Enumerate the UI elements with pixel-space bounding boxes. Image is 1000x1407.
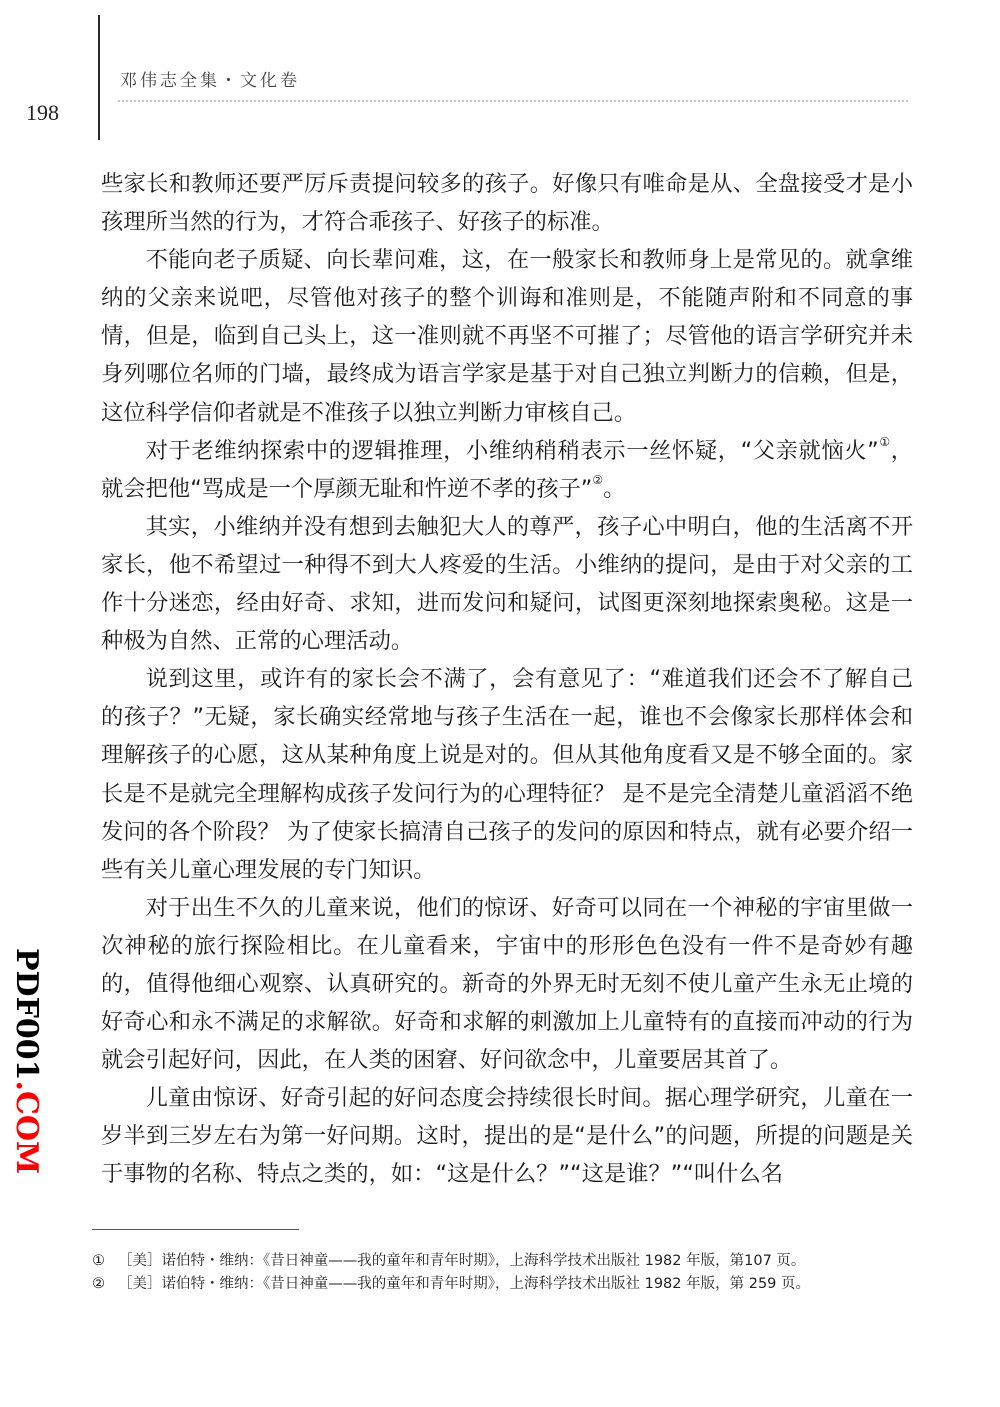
- paragraph: 对于老维纳探索中的逻辑推理，小维纳稍稍表示一丝怀疑，“父亲就恼火”①，就会把他“…: [101, 432, 913, 508]
- header-vertical-rule: [98, 15, 100, 140]
- paragraph: 说到这里，或许有的家长会不满了，会有意见了：“难道我们还会不了解自己的孩子？”无…: [101, 660, 913, 889]
- page-number: 198: [26, 100, 59, 126]
- footnote-2: ②［美］诺伯特・维纳：《昔日神童——我的童年和青年时期》，上海科学技术出版社 1…: [92, 1273, 912, 1296]
- footnote-mark: ①: [92, 1250, 118, 1273]
- paragraph: 不能向老子质疑、向长辈问难，这，在一般家长和教师身上是常见的。就拿维纳的父亲来说…: [101, 241, 913, 431]
- paragraph: 儿童由惊讶、好奇引起的好问态度会持续很长时间。据心理学研究，儿童在一岁半到三岁左…: [101, 1079, 913, 1193]
- paragraph: 些家长和教师还要严厉斥责提问较多的孩子。好像只有唯命是从、全盘接受才是小孩理所当…: [101, 165, 913, 241]
- paragraph-text: 。: [603, 476, 625, 502]
- footnotes: ①［美］诺伯特・维纳：《昔日神童——我的童年和青年时期》，上海科学技术出版社 1…: [92, 1250, 912, 1296]
- paragraph: 其实，小维纳并没有想到去触犯大人的尊严，孩子心中明白，他的生活离不开家长，他不希…: [101, 508, 913, 660]
- footnote-separator: [92, 1229, 299, 1230]
- footnote-1: ①［美］诺伯特・维纳：《昔日神童——我的童年和青年时期》，上海科学技术出版社 1…: [92, 1250, 912, 1273]
- footnote-mark: ②: [92, 1273, 118, 1296]
- watermark: PDF001.COM: [6, 948, 46, 1148]
- watermark-text-accent: .COM: [9, 1081, 44, 1175]
- watermark-text: PDF001: [9, 948, 44, 1081]
- body-text: 些家长和教师还要严厉斥责提问较多的孩子。好像只有唯命是从、全盘接受才是小孩理所当…: [101, 165, 913, 1194]
- paragraph-text: 对于老维纳探索中的逻辑推理，小维纳稍稍表示一丝怀疑，“父亲就恼火”: [146, 438, 879, 464]
- paragraph: 对于出生不久的儿童来说，他们的惊讶、好奇可以同在一个神秘的宇宙里做一次神秘的旅行…: [101, 889, 913, 1079]
- header-dotted-rule: [118, 100, 908, 102]
- running-title: 邓伟志全集・文化卷: [120, 66, 300, 91]
- footnote-text: ［美］诺伯特・维纳：《昔日神童——我的童年和青年时期》，上海科学技术出版社 19…: [118, 1253, 805, 1269]
- footnote-ref-1[interactable]: ①: [879, 435, 891, 449]
- footnote-ref-2[interactable]: ②: [592, 473, 603, 487]
- footnote-text: ［美］诺伯特・维纳：《昔日神童——我的童年和青年时期》，上海科学技术出版社 19…: [118, 1276, 810, 1292]
